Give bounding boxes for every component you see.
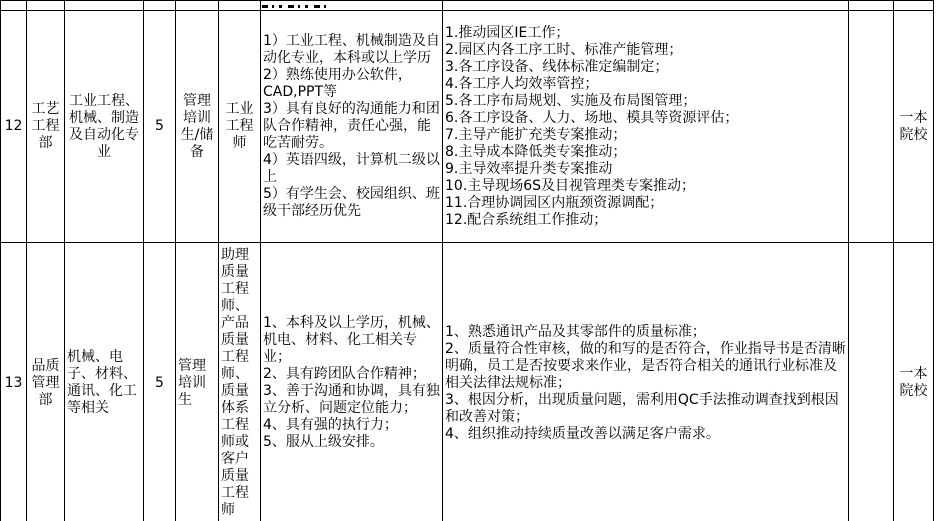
list-line: 4、组织推动持续质量改善以满足客户需求。	[445, 426, 846, 443]
list-line: 1、熟悉通讯产品及其零部件的质量标准；	[445, 324, 846, 341]
list-line: 1、本科及以上学历，机械、机电、材料、化工相关专业；	[263, 315, 440, 366]
cell-school: 一本院校	[894, 243, 934, 521]
cell-row-number: 13	[1, 243, 27, 521]
cell-category: 管理培训生	[176, 243, 219, 521]
table-row-13: 13 品质管理部 机械、电子、材料、通讯、化工等相关 5 管理培训生 助理质量工…	[1, 243, 934, 521]
list-line: 1.推动园区IE工作；	[445, 25, 846, 42]
list-line: 4、具有强的执行力；	[263, 417, 440, 434]
document-table-view: 12 工艺工程部 工业工程、机械、制造及自动化专业 5 管理培训生/储备 工业工…	[0, 0, 936, 521]
list-line: 2）熟练使用办公软件，CAD,PPT等	[263, 67, 440, 101]
cell-empty	[1, 1, 27, 11]
cell-major: 机械、电子、材料、通讯、化工等相关	[65, 243, 144, 521]
cell-department: 工艺工程部	[27, 11, 65, 243]
cell-clipped	[261, 1, 443, 11]
list-line: 2.园区内各工序工时、标准产能管理；	[445, 42, 846, 59]
list-line: 12.配合系统组工作推动；	[445, 212, 846, 229]
cell-school: 一本院校	[894, 11, 934, 243]
list-line: 7.主导产能扩充类专案推动；	[445, 127, 846, 144]
cell-empty	[27, 1, 65, 11]
recruitment-table: 12 工艺工程部 工业工程、机械、制造及自动化专业 5 管理培训生/储备 工业工…	[0, 0, 934, 521]
cell-empty	[443, 1, 849, 11]
cell-duties: 1、熟悉通讯产品及其零部件的质量标准；2、质量符合性审核，做的和写的是否符合，作…	[443, 243, 849, 521]
list-line: 1）工业工程、机械制造及自动化专业，本科或以上学历	[263, 33, 440, 67]
cell-empty	[219, 1, 261, 11]
list-line: 2、质量符合性审核，做的和写的是否符合，作业指导书是否清晰明确，员工是否按要求来…	[445, 341, 846, 392]
list-line: 3）具有良好的沟通能力和团队合作精神，责任心强，能吃苦耐劳。	[263, 101, 440, 152]
cell-requirements: 1）工业工程、机械制造及自动化专业，本科或以上学历2）熟练使用办公软件，CAD,…	[261, 11, 443, 243]
list-line: 6.各工序设备、人力、场地、模具等资源评估；	[445, 110, 846, 127]
list-line: 5、服从上级安排。	[263, 434, 440, 451]
cell-category: 管理培训生/储备	[176, 11, 219, 243]
list-line: 8.主导成本降低类专案推动；	[445, 144, 846, 161]
cell-empty	[65, 1, 144, 11]
table-row-partial	[1, 1, 934, 11]
list-line: 3、善于沟通和协调，具有独立分析、问题定位能力；	[263, 383, 440, 417]
cell-major: 工业工程、机械、制造及自动化专业	[65, 11, 144, 243]
list-line: 5）有学生会、校园组织、班级干部经历优先	[263, 186, 440, 220]
cell-requirements: 1、本科及以上学历，机械、机电、材料、化工相关专业；2、具有跨团队合作精神；3、…	[261, 243, 443, 521]
clipped-text-fragment	[262, 5, 328, 8]
table-row-12: 12 工艺工程部 工业工程、机械、制造及自动化专业 5 管理培训生/储备 工业工…	[1, 11, 934, 243]
list-line: 4）英语四级，计算机二级以上	[263, 152, 440, 186]
list-line: 4.各工序人均效率管控；	[445, 76, 846, 93]
cell-empty	[849, 243, 894, 521]
cell-headcount: 5	[144, 243, 176, 521]
cell-empty	[849, 11, 894, 243]
cell-duties: 1.推动园区IE工作；2.园区内各工序工时、标准产能管理；3.各工序设备、线体标…	[443, 11, 849, 243]
list-line: 9.主导效率提升类专案推动	[445, 161, 846, 178]
list-line: 5.各工序布局规划、实施及布局图管理；	[445, 93, 846, 110]
cell-empty	[849, 1, 894, 11]
list-line: 11.合理协调园区内瓶颈资源调配；	[445, 195, 846, 212]
list-line: 3.各工序设备、线体标准定编制定；	[445, 59, 846, 76]
cell-empty	[144, 1, 176, 11]
cell-empty	[176, 1, 219, 11]
list-line: 3、根因分析，出现质量问题，需利用QC手法推动调查找到根因和改善对策；	[445, 392, 846, 426]
cell-headcount: 5	[144, 11, 176, 243]
cell-position: 工业工程师	[219, 11, 261, 243]
cell-department: 品质管理部	[27, 243, 65, 521]
list-line: 2、具有跨团队合作精神；	[263, 366, 440, 383]
cell-row-number: 12	[1, 11, 27, 243]
cell-position: 助理质量工程师、产品质量工程师、质量体系工程师或客户质量工程师	[219, 243, 261, 521]
list-line: 10.主导现场6S及目视管理类专案推动；	[445, 178, 846, 195]
cell-empty	[894, 1, 934, 11]
